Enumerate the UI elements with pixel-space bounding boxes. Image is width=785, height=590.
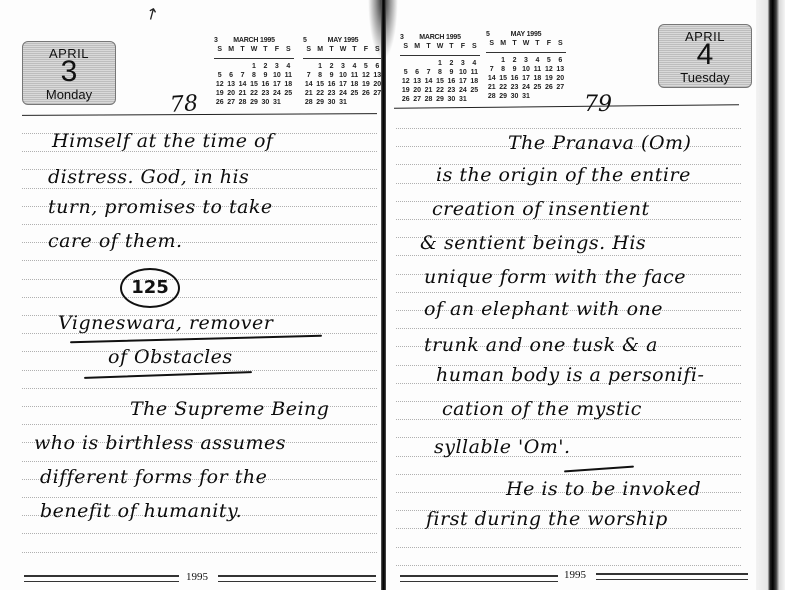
- handwritten-line: who is birthless assumes: [34, 432, 286, 454]
- calendar-day: [400, 60, 411, 69]
- handwritten-line: The Pranava (Om): [508, 132, 691, 154]
- calendar-day: [411, 60, 422, 69]
- calendar-weekday-label: T: [349, 46, 360, 53]
- calendar-weekday-label: F: [271, 46, 282, 53]
- calendar-day: 6: [225, 72, 236, 81]
- calendar-day: 10: [520, 66, 531, 75]
- calendar-weekday-label: W: [434, 43, 445, 50]
- calendar-weekday-label: S: [214, 46, 225, 53]
- calendar-day: 14: [303, 81, 314, 90]
- page-number: 78: [169, 91, 199, 118]
- ruled-line: [22, 461, 377, 462]
- handwritten-line: distress. God, in his: [48, 166, 249, 188]
- calendar-day: 21: [423, 87, 434, 96]
- calendar-day: 30: [260, 99, 271, 108]
- calendar-weekday-label: S: [469, 43, 480, 50]
- date-box: APRIL 3 Monday: [22, 41, 116, 105]
- calendar-day: 18: [349, 81, 360, 90]
- calendar-day: 16: [509, 75, 520, 84]
- calendar-day: 29: [314, 99, 325, 108]
- calendar-day: 19: [543, 75, 554, 84]
- calendar-day: 18: [469, 78, 480, 87]
- calendar-day: 25: [532, 84, 543, 93]
- calendar-day: 5: [400, 69, 411, 78]
- calendar-day: 31: [337, 99, 348, 108]
- ruled-line: [22, 497, 377, 498]
- calendar-weekday-label: W: [520, 40, 531, 47]
- calendar-day: 4: [283, 63, 294, 72]
- calendar-day: 9: [509, 66, 520, 75]
- calendar-day: [214, 63, 225, 72]
- calendar-weekday-label: W: [248, 46, 259, 53]
- ruled-line: [22, 370, 377, 371]
- calendar-day: 24: [457, 87, 468, 96]
- section-heading: Vigneswara, remover: [58, 312, 273, 334]
- handwritten-line: is the origin of the entire: [436, 164, 691, 186]
- calendar-weekday-label: S: [283, 46, 294, 53]
- ruled-line: [396, 255, 741, 256]
- ruled-line: [22, 552, 377, 553]
- handwritten-line: unique form with the face: [424, 266, 686, 288]
- calendar-day: 5: [214, 72, 225, 81]
- calendar-day: 7: [237, 72, 248, 81]
- calendar-day: 12: [214, 81, 225, 90]
- calendar-day: 7: [486, 66, 497, 75]
- handwritten-line: cation of the mystic: [442, 398, 642, 420]
- calendar-day: 4: [469, 60, 480, 69]
- calendar-day: 29: [497, 93, 508, 102]
- calendar-day: 30: [446, 96, 457, 105]
- calendar-day: 23: [446, 87, 457, 96]
- calendar-day: 29: [434, 96, 445, 105]
- date-weekday: Monday: [23, 87, 115, 102]
- calendar-day: 28: [486, 93, 497, 102]
- calendar-day: 2: [509, 57, 520, 66]
- handwritten-line: human body is a personifi-: [436, 364, 704, 386]
- calendar-day: 28: [303, 99, 314, 108]
- ruled-line: [396, 292, 741, 293]
- calendar-day: 26: [360, 90, 371, 99]
- calendar-day: 27: [411, 96, 422, 105]
- calendar-day: 23: [260, 90, 271, 99]
- calendar-day: 26: [543, 84, 554, 93]
- ruled-line: [22, 424, 377, 425]
- calendar-weekday-label: M: [314, 46, 325, 53]
- calendar-day: 19: [400, 87, 411, 96]
- ruled-line: [396, 565, 741, 566]
- handwritten-line: care of them.: [48, 230, 183, 252]
- handwritten-line: syllable 'Om'.: [434, 436, 571, 458]
- calendar-day: 21: [486, 84, 497, 93]
- date-weekday: Tuesday: [659, 70, 751, 85]
- calendar-day: 8: [314, 72, 325, 81]
- calendar-weekday-label: M: [411, 43, 422, 50]
- calendar-weekday-label: M: [497, 40, 508, 47]
- calendar-days: 1234567891011121314151617181920212223242…: [303, 63, 383, 108]
- calendar-day: 15: [434, 78, 445, 87]
- calendar-day: 15: [248, 81, 259, 90]
- left-page: APRIL 3 Monday 3 MARCH 1995 SMTWTFS 1234…: [0, 0, 384, 590]
- om-underline: [564, 466, 634, 473]
- diary-spread: APRIL 3 Monday 3 MARCH 1995 SMTWTFS 1234…: [0, 0, 785, 590]
- date-day: 3: [23, 56, 115, 88]
- calendar-day: 4: [532, 57, 543, 66]
- calendar-weekday-label: F: [543, 40, 554, 47]
- calendar-day: [486, 57, 497, 66]
- calendar-rule: [214, 58, 294, 59]
- handwritten-line: creation of insentient: [432, 198, 650, 220]
- calendar-day: 9: [260, 72, 271, 81]
- handwritten-line: turn, promises to take: [48, 196, 273, 218]
- heading-underline: [84, 371, 252, 379]
- ruled-line: [22, 260, 377, 261]
- calendar-day: 9: [326, 72, 337, 81]
- calendar-day: 27: [555, 84, 566, 93]
- calendar-day: 16: [326, 81, 337, 90]
- ruled-line: [22, 533, 377, 534]
- calendar-day: 16: [260, 81, 271, 90]
- handwritten-line: Himself at the time of: [52, 130, 273, 152]
- calendar-day: 7: [423, 69, 434, 78]
- book-spine: [381, 0, 386, 590]
- handwritten-line: different forms for the: [40, 466, 267, 488]
- calendar-day: 12: [400, 78, 411, 87]
- calendar-weekday-label: F: [457, 43, 468, 50]
- footer-double-rule: [218, 575, 376, 582]
- calendar-day: 14: [237, 81, 248, 90]
- calendar-day: 11: [469, 69, 480, 78]
- calendar-day: 17: [271, 81, 282, 90]
- right-page: 3 MARCH 1995 SMTWTFS 1234567891011121314…: [386, 0, 756, 590]
- calendar-day: 2: [260, 63, 271, 72]
- calendar-day: 8: [434, 69, 445, 78]
- calendar-day: 4: [349, 63, 360, 72]
- date-box: APRIL 4 Tuesday: [658, 24, 752, 88]
- calendar-day: 7: [303, 72, 314, 81]
- calendar-title: MARCH 1995: [214, 37, 294, 44]
- ruled-line: [22, 224, 377, 225]
- heading-underline: [70, 335, 322, 344]
- calendar-day: 22: [497, 84, 508, 93]
- calendar-day: [303, 63, 314, 72]
- calendar-day: [225, 63, 236, 72]
- calendar-day: 25: [469, 87, 480, 96]
- calendar-day: 28: [237, 99, 248, 108]
- calendar-weekday-label: T: [532, 40, 543, 47]
- calendar-day: 23: [509, 84, 520, 93]
- calendar-day: 23: [326, 90, 337, 99]
- handwritten-line: trunk and one tusk & a: [424, 334, 658, 356]
- calendar-day: 20: [225, 90, 236, 99]
- calendar-title: MARCH 1995: [400, 34, 480, 41]
- calendar-day: 17: [337, 81, 348, 90]
- page-number: 79: [584, 92, 612, 117]
- calendar-day: 31: [457, 96, 468, 105]
- calendar-day: 12: [360, 72, 371, 81]
- calendar-weekday-label: M: [225, 46, 236, 53]
- calendar-weekdays: SMTWTFS: [214, 46, 294, 53]
- calendar-day: 18: [532, 75, 543, 84]
- calendar-title: MAY 1995: [486, 31, 566, 38]
- calendar-day: 24: [337, 90, 348, 99]
- calendar-day: 31: [520, 93, 531, 102]
- section-number-circled: 125: [120, 268, 180, 308]
- calendar-weekday-label: T: [446, 43, 457, 50]
- calendar-weekday-label: T: [423, 43, 434, 50]
- calendar-weekday-label: S: [486, 40, 497, 47]
- calendar-rule: [486, 52, 566, 53]
- calendar-day: 11: [532, 66, 543, 75]
- date-day: 4: [659, 39, 751, 71]
- calendar-day: 8: [497, 66, 508, 75]
- calendar-day: 3: [457, 60, 468, 69]
- calendar-day: 29: [248, 99, 259, 108]
- calendar-day: 5: [543, 57, 554, 66]
- ruled-line: [22, 279, 377, 280]
- calendar-weekday-label: T: [260, 46, 271, 53]
- calendar-day: 27: [225, 99, 236, 108]
- handwritten-line: benefit of humanity.: [40, 500, 242, 522]
- calendar-day: 31: [271, 99, 282, 108]
- ruled-line: [396, 474, 741, 475]
- calendar-day: 15: [497, 75, 508, 84]
- calendar-day: 9: [446, 69, 457, 78]
- calendar-day: 22: [314, 90, 325, 99]
- section-heading: of Obstacles: [108, 346, 233, 368]
- handwritten-line: He is to be invoked: [506, 478, 701, 500]
- calendar-weekday-label: S: [303, 46, 314, 53]
- calendar-day: 19: [360, 81, 371, 90]
- page-edge: [756, 0, 785, 590]
- ruled-line: [22, 297, 377, 298]
- calendar-day: 6: [411, 69, 422, 78]
- calendar-day: 21: [237, 90, 248, 99]
- handwritten-line: of an elephant with one: [424, 298, 663, 320]
- calendar-days: 1234567891011121314151617181920212223242…: [400, 60, 480, 105]
- calendar-weekday-label: T: [509, 40, 520, 47]
- calendar-day: 12: [543, 66, 554, 75]
- calendar-day: 1: [314, 63, 325, 72]
- calendar-day: 13: [225, 81, 236, 90]
- handwritten-line: first during the worship: [426, 508, 668, 530]
- calendar-day: 13: [555, 66, 566, 75]
- calendar-day: 22: [434, 87, 445, 96]
- calendar-day: 30: [509, 93, 520, 102]
- calendar-weekdays: SMTWTFS: [400, 43, 480, 50]
- calendar-day: 26: [214, 99, 225, 108]
- footer-double-rule: [24, 575, 179, 582]
- calendar-day: 20: [555, 75, 566, 84]
- handwritten-line: The Supreme Being: [130, 398, 329, 420]
- calendar-day: 24: [520, 84, 531, 93]
- calendar-day: 24: [271, 90, 282, 99]
- footer-year: 1995: [564, 569, 586, 581]
- calendar-day: 25: [349, 90, 360, 99]
- calendar-weekdays: SMTWTFS: [486, 40, 566, 47]
- calendar-day: 10: [271, 72, 282, 81]
- calendar-day: 22: [248, 90, 259, 99]
- calendar-day: 18: [283, 81, 294, 90]
- header-rule: [22, 113, 377, 116]
- calendar-day: 25: [283, 90, 294, 99]
- ruled-line: [396, 128, 741, 129]
- calendar-day: [423, 60, 434, 69]
- calendar-day: 19: [214, 90, 225, 99]
- calendar-day: 16: [446, 78, 457, 87]
- calendar-day: 13: [411, 78, 422, 87]
- calendar-weekday-label: W: [337, 46, 348, 53]
- calendar-day: 21: [303, 90, 314, 99]
- calendar-day: [237, 63, 248, 72]
- footer-double-rule: [596, 573, 748, 580]
- calendar-day: 3: [271, 63, 282, 72]
- calendar-day: 11: [283, 72, 294, 81]
- calendar-weekday-label: S: [555, 40, 566, 47]
- calendar-day: 10: [457, 69, 468, 78]
- calendar-day: 1: [434, 60, 445, 69]
- page-footer: 1995: [0, 571, 384, 585]
- ruled-line: [22, 388, 377, 389]
- calendar-day: 17: [457, 78, 468, 87]
- calendar-day: 28: [423, 96, 434, 105]
- calendar-day: 2: [326, 63, 337, 72]
- calendar-day: 26: [400, 96, 411, 105]
- calendar-day: 8: [248, 72, 259, 81]
- calendar-day: 14: [486, 75, 497, 84]
- calendar-day: 11: [349, 72, 360, 81]
- calendar-day: 2: [446, 60, 457, 69]
- calendar-day: 30: [326, 99, 337, 108]
- footer-year: 1995: [186, 571, 208, 583]
- calendar-day: 3: [337, 63, 348, 72]
- calendar-weekday-label: T: [326, 46, 337, 53]
- calendar-days: 1234567891011121314151617181920212223242…: [486, 57, 566, 102]
- calendar-day: 3: [520, 57, 531, 66]
- ruled-line: [396, 328, 741, 329]
- ruled-line: [396, 547, 741, 548]
- calendar-day: 6: [555, 57, 566, 66]
- calendar-day: 1: [248, 63, 259, 72]
- calendar-day: 1: [497, 57, 508, 66]
- pen-mark-icon: ↗: [141, 2, 162, 25]
- calendar-rule: [400, 55, 480, 56]
- calendar-day: 14: [423, 78, 434, 87]
- calendar-days: 1234567891011121314151617181920212223242…: [214, 63, 294, 108]
- handwritten-line: & sentient beings. His: [420, 232, 646, 254]
- calendar-day: 10: [337, 72, 348, 81]
- footer-double-rule: [400, 575, 558, 582]
- calendar-day: 5: [360, 63, 371, 72]
- calendar-weekday-label: S: [400, 43, 411, 50]
- calendar-day: 15: [314, 81, 325, 90]
- calendar-weekday-label: T: [237, 46, 248, 53]
- calendar-day: 17: [520, 75, 531, 84]
- page-footer: 1995: [386, 571, 756, 585]
- calendar-day: 20: [411, 87, 422, 96]
